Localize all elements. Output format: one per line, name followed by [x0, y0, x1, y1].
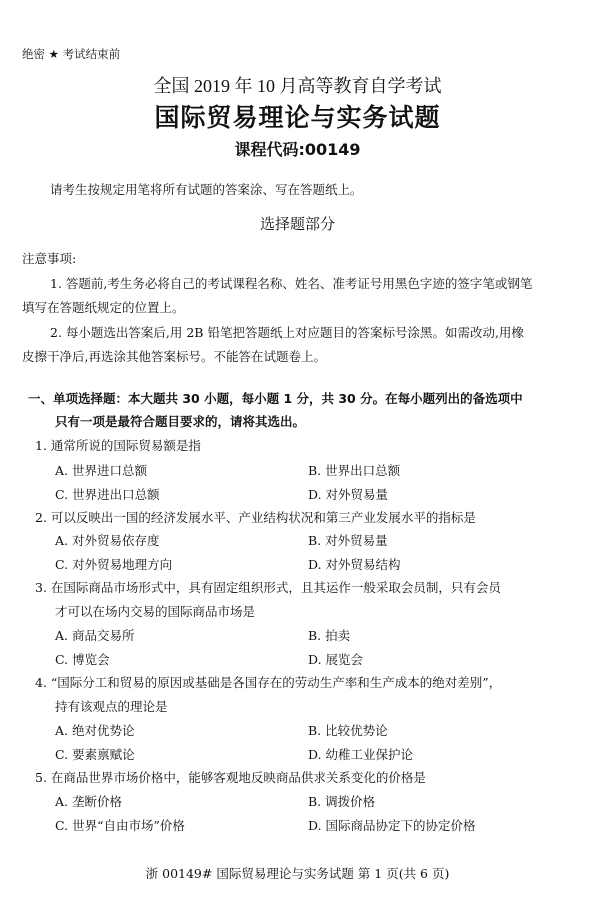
notice-item-1-line2: 填写在答题纸规定的位置上。	[22, 298, 185, 316]
part-one-header-line2: 只有一项是最符合题目要求的，请将其选出。	[55, 412, 305, 430]
question-1-option-b: B. 世界出口总额	[308, 461, 400, 479]
question-1-option-d: D. 对外贸易量	[308, 485, 388, 503]
notice-label: 注意事项:	[22, 249, 76, 267]
question-4-option-a: A. 绝对优势论	[55, 721, 134, 739]
confidential-label: 绝密 ★ 考试结束前	[22, 46, 120, 62]
question-2-option-b: B. 对外贸易量	[308, 531, 388, 549]
exam-name: 全国 2019 年 10 月高等教育自学考试	[0, 72, 595, 98]
question-4-option-d: D. 幼稚工业保护论	[308, 745, 413, 763]
question-2-option-c: C. 对外贸易地理方向	[55, 555, 172, 573]
question-4-option-c: C. 要素禀赋论	[55, 745, 135, 763]
notice-item-1-line1: 1. 答题前,考生务必将自己的考试课程名称、姓名、准考证号用黑色字迹的签字笔或钢…	[50, 274, 532, 292]
question-5-option-c: C. 世界“自由市场”价格	[55, 816, 185, 834]
paper-title: 国际贸易理论与实务试题	[0, 98, 595, 134]
question-3-stem-line1: 3. 在国际商品市场形式中，具有固定组织形式，且其运作一般采取会员制，只有会员	[35, 578, 501, 596]
question-1-option-a: A. 世界进口总额	[55, 461, 147, 479]
question-2-stem: 2. 可以反映出一国的经济发展水平、产业结构状况和第三产业发展水平的指标是	[35, 508, 476, 526]
section-title: 选择题部分	[0, 213, 595, 234]
question-5-stem: 5. 在商品世界市场价格中，能够客观地反映商品供求关系变化的价格是	[35, 768, 426, 786]
question-1-option-c: C. 世界进出口总额	[55, 485, 160, 503]
question-1-stem: 1. 通常所说的国际贸易额是指	[35, 436, 201, 454]
question-3-option-b: B. 拍卖	[308, 626, 350, 644]
page-footer: 浙 00149# 国际贸易理论与实务试题 第 1 页(共 6 页)	[0, 864, 595, 882]
answer-instruction: 请考生按规定用笔将所有试题的答案涂、写在答题纸上。	[50, 180, 363, 198]
notice-item-2-line2: 皮擦干净后,再选涂其他答案标号。不能答在试题卷上。	[22, 347, 326, 365]
question-3-stem-line2: 才可以在场内交易的国际商品市场是	[55, 602, 255, 620]
question-3-option-c: C. 博览会	[55, 650, 110, 668]
question-4-option-b: B. 比较优势论	[308, 721, 388, 739]
question-3-option-d: D. 展览会	[308, 650, 363, 668]
question-2-option-a: A. 对外贸易依存度	[55, 531, 159, 549]
question-3-option-a: A. 商品交易所	[55, 626, 134, 644]
question-5-option-a: A. 垄断价格	[55, 792, 122, 810]
question-2-option-d: D. 对外贸易结构	[308, 555, 401, 573]
course-code: 课程代码:00149	[0, 137, 595, 160]
notice-item-2-line1: 2. 每小题选出答案后,用 2B 铅笔把答题纸上对应题目的答案标号涂黑。如需改动…	[50, 323, 524, 341]
part-one-header-line1: 一、单项选择题：本大题共 30 小题，每小题 1 分，共 30 分。在每小题列出…	[28, 389, 523, 407]
question-4-stem-line1: 4. “国际分工和贸易的原因或基础是各国存在的劳动生产率和生产成本的绝对差别”，	[35, 673, 501, 691]
question-5-option-d: D. 国际商品协定下的协定价格	[308, 816, 476, 834]
question-5-option-b: B. 调拨价格	[308, 792, 375, 810]
question-4-stem-line2: 持有该观点的理论是	[55, 697, 168, 715]
